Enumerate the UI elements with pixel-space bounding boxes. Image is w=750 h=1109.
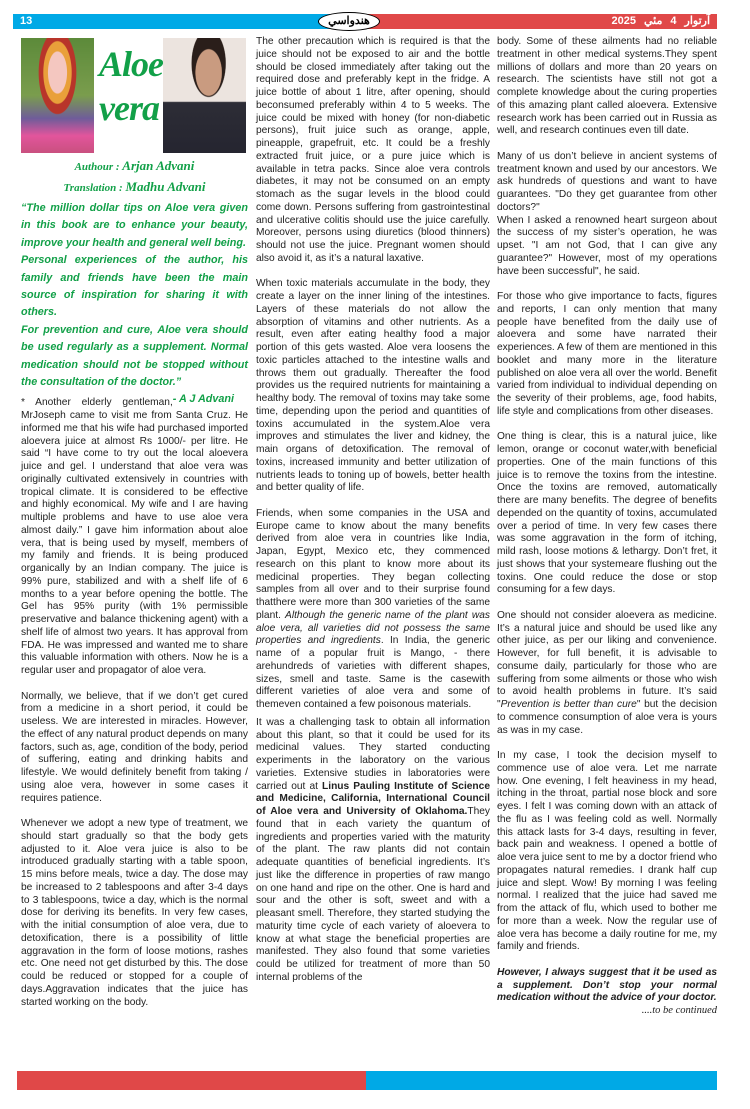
footer-blue-band xyxy=(366,1071,717,1090)
header-blue-band xyxy=(13,14,340,29)
article-title: Aloe vera xyxy=(99,42,163,130)
date-weekday: آرتوار xyxy=(685,15,710,27)
article-hero: Aloe vera xyxy=(21,36,248,156)
date-month: مئي xyxy=(644,15,662,27)
pull-quote: “The million dollar tips on Aloe vera gi… xyxy=(21,200,248,391)
date-day: 4 xyxy=(670,15,676,27)
paragraph: The other precaution which is required i… xyxy=(256,36,490,266)
author-credit: Authour : Arjan Advani xyxy=(21,156,248,177)
paragraph: Many of us don’t believe in ancient syst… xyxy=(497,151,717,215)
paragraph: * Another elderly gentleman, MrJoseph ca… xyxy=(21,397,248,678)
footer-red-band xyxy=(17,1071,366,1090)
paragraph: For those who give importance to facts, … xyxy=(497,291,717,419)
column-3: body. Some of these ailments had no reli… xyxy=(497,36,717,1018)
paragraph: When I asked a renowned heart surgeon ab… xyxy=(497,215,717,279)
page-number: 13 xyxy=(20,14,32,29)
author-portrait xyxy=(163,38,246,153)
issue-date: آرتوار4مئي2025 xyxy=(580,14,710,29)
flowers-photo xyxy=(21,38,94,153)
masthead-logo: هندواسي xyxy=(318,12,380,31)
date-year: 2025 xyxy=(612,15,636,27)
paragraph: When toxic materials accumulate in the b… xyxy=(256,278,490,495)
column-2: The other precaution which is required i… xyxy=(256,36,490,997)
closing-advice: However, I always suggest that it be use… xyxy=(497,967,717,1005)
paragraph: Friends, when some companies in the USA … xyxy=(256,508,490,712)
to-be-continued: ....to be continued xyxy=(497,1005,717,1018)
paragraph: One should not consider aloevera as medi… xyxy=(497,610,717,738)
paragraph: In my case, I took the decision myself t… xyxy=(497,750,717,954)
paragraph: body. Some of these ailments had no reli… xyxy=(497,36,717,138)
translator-credit: Translation : Madhu Advani xyxy=(21,177,248,198)
footer-bar xyxy=(17,1071,717,1090)
quote-signature: - A J Advani xyxy=(173,391,248,408)
paragraph: It was a challenging task to obtain all … xyxy=(256,717,490,985)
column-1: Aloe vera Authour : Arjan Advani Transla… xyxy=(21,36,248,1022)
paragraph: Whenever we adopt a new type of treatmen… xyxy=(21,818,248,1009)
paragraph: Normally, we believe, that if we don’t g… xyxy=(21,691,248,806)
paragraph: One thing is clear, this is a natural ju… xyxy=(497,431,717,597)
